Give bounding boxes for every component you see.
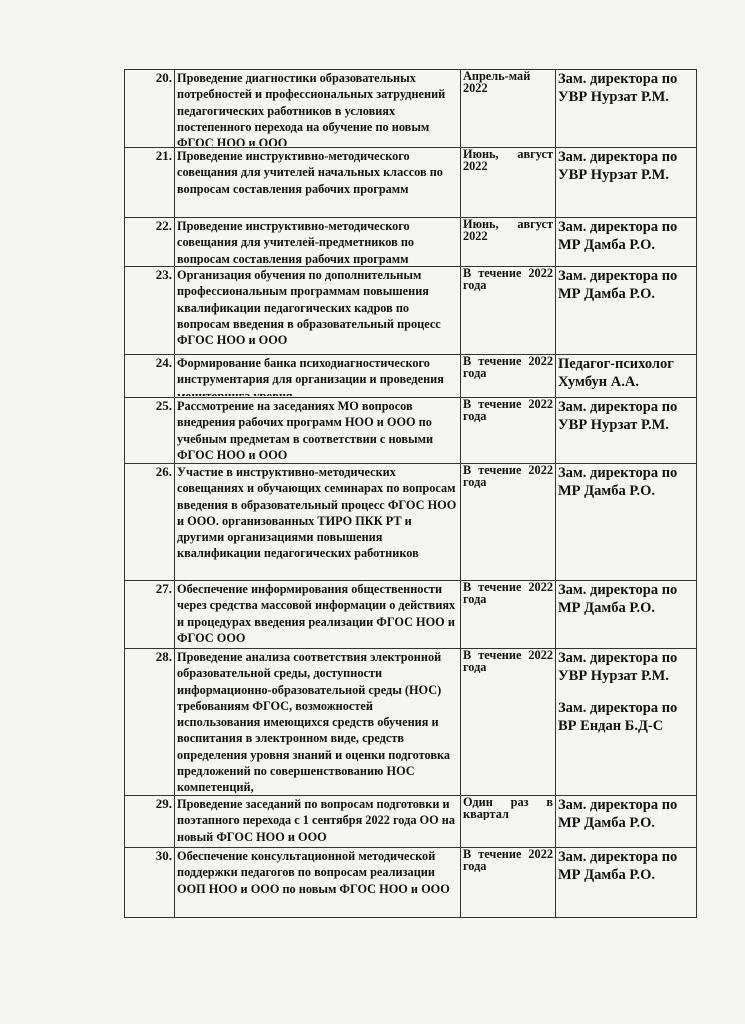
responsible-person: Зам. директора по ВР Ендан Б.Д-С — [558, 699, 694, 735]
period-cell: В течение 2022 года — [461, 355, 556, 398]
responsible-list: Зам. директора по МР Дамба Р.О. — [558, 581, 694, 617]
row-number: 28. — [127, 649, 172, 665]
period-cell: Июнь, август 2022 — [461, 218, 556, 267]
activity-cell: Рассмотрение на заседаниях МО вопросов в… — [175, 398, 461, 464]
activity-text: Проведение инструктивно-методического со… — [177, 218, 458, 265]
responsible-list: Зам. директора по МР Дамба Р.О. — [558, 848, 694, 884]
activity-plan-table: 20. Проведение диагностики образовательн… — [124, 69, 697, 918]
row-number: 20. — [127, 70, 172, 86]
period-line-2: года — [463, 410, 553, 422]
activity-text: Проведение диагностики образовательных п… — [177, 70, 458, 146]
period-line-2: 2022 — [463, 230, 553, 242]
responsible-person: Зам. директора по УВР Нурзат Р.М. — [558, 398, 694, 434]
activity-text: Обеспечение информирования общественност… — [177, 581, 458, 646]
responsible-person: Зам. директора по УВР Нурзат Р.М. — [558, 70, 694, 106]
responsible-cell: Зам. директора по УВР Нурзат Р.М.Зам. ди… — [556, 649, 697, 796]
table-row: 26. Участие в инструктивно-методических … — [125, 464, 697, 581]
period-line-2: года — [463, 367, 553, 379]
responsible-person: Зам. директора по МР Дамба Р.О. — [558, 218, 694, 254]
period-cell: В течение 2022 года — [461, 267, 556, 355]
responsible-cell: Зам. директора по МР Дамба Р.О. — [556, 796, 697, 848]
activity-cell: Формирование банка психодиагностического… — [175, 355, 461, 398]
row-number-cell: 22. — [125, 218, 175, 267]
responsible-cell: Зам. директора по УВР Нурзат Р.М. — [556, 148, 697, 218]
row-number: 25. — [127, 398, 172, 414]
period-cell: В течение 2022 года — [461, 581, 556, 649]
responsible-cell: Зам. директора по МР Дамба Р.О. — [556, 581, 697, 649]
row-number: 29. — [127, 796, 172, 812]
responsible-cell: Зам. директора по УВР Нурзат Р.М. — [556, 398, 697, 464]
table-row: 20. Проведение диагностики образовательн… — [125, 70, 697, 148]
table-row: 28. Проведение анализа соответствия элек… — [125, 649, 697, 796]
row-number: 24. — [127, 355, 172, 371]
activity-text: Формирование банка психодиагностического… — [177, 355, 458, 396]
responsible-cell: Зам. директора по МР Дамба Р.О. — [556, 267, 697, 355]
responsible-person: Зам. директора по МР Дамба Р.О. — [558, 848, 694, 884]
period-line-2: года — [463, 860, 553, 872]
activity-cell: Обеспечение информирования общественност… — [175, 581, 461, 649]
row-number-cell: 27. — [125, 581, 175, 649]
responsible-list: Зам. директора по УВР Нурзат Р.М. — [558, 148, 694, 184]
table-row: 24. Формирование банка психодиагностичес… — [125, 355, 697, 398]
table-row: 27. Обеспечение информирования обществен… — [125, 581, 697, 649]
activity-text: Проведение инструктивно-методического со… — [177, 148, 458, 197]
row-number-cell: 26. — [125, 464, 175, 581]
row-number: 21. — [127, 148, 172, 164]
table-row: 29. Проведение заседаний по вопросам под… — [125, 796, 697, 848]
row-number: 22. — [127, 218, 172, 234]
row-number-cell: 21. — [125, 148, 175, 218]
responsible-list: Педагог-психолог Хумбун А.А. — [558, 355, 694, 391]
responsible-person: Зам. директора по МР Дамба Р.О. — [558, 796, 694, 832]
activity-cell: Проведение заседаний по вопросам подгото… — [175, 796, 461, 848]
responsible-person: Зам. директора по УВР Нурзат Р.М. — [558, 649, 694, 685]
responsible-cell: Зам. директора по УВР Нурзат Р.М. — [556, 70, 697, 148]
responsible-cell: Педагог-психолог Хумбун А.А. — [556, 355, 697, 398]
responsible-person: Педагог-психолог Хумбун А.А. — [558, 355, 694, 391]
activity-cell: Обеспечение консультационной методическо… — [175, 848, 461, 918]
responsible-cell: Зам. директора по МР Дамба Р.О. — [556, 464, 697, 581]
responsible-person: Зам. директора по МР Дамба Р.О. — [558, 267, 694, 303]
period-line-2: года — [463, 279, 553, 291]
activity-text: Проведение анализа соответствия электрон… — [177, 649, 458, 794]
activity-text: Организация обучения по дополнительным п… — [177, 267, 458, 348]
period-cell: Апрель-май 2022 — [461, 70, 556, 148]
responsible-list: Зам. директора по УВР Нурзат Р.М. — [558, 70, 694, 106]
period-line-2: квартал — [463, 808, 553, 820]
activity-cell: Организация обучения по дополнительным п… — [175, 267, 461, 355]
table-row: 21. Проведение инструктивно-методическог… — [125, 148, 697, 218]
responsible-cell: Зам. директора по МР Дамба Р.О. — [556, 848, 697, 918]
period-cell: В течение 2022 года — [461, 848, 556, 918]
row-number-cell: 23. — [125, 267, 175, 355]
period-cell: Июнь, август 2022 — [461, 148, 556, 218]
activity-text: Проведение заседаний по вопросам подгото… — [177, 796, 458, 845]
row-number-cell: 24. — [125, 355, 175, 398]
activity-text: Обеспечение консультационной методическо… — [177, 848, 458, 897]
row-number-cell: 29. — [125, 796, 175, 848]
row-number-cell: 20. — [125, 70, 175, 148]
responsible-cell: Зам. директора по МР Дамба Р.О. — [556, 218, 697, 267]
period-line-2: 2022 — [463, 82, 553, 94]
table-row: 30. Обеспечение консультационной методич… — [125, 848, 697, 918]
responsible-person: Зам. директора по МР Дамба Р.О. — [558, 581, 694, 617]
row-number-cell: 28. — [125, 649, 175, 796]
period-line-2: 2022 — [463, 160, 553, 172]
row-number: 30. — [127, 848, 172, 864]
activity-cell: Проведение инструктивно-методического со… — [175, 218, 461, 267]
period-cell: Один раз в квартал — [461, 796, 556, 848]
activity-cell: Участие в инструктивно-методических сове… — [175, 464, 461, 581]
activity-text: Участие в инструктивно-методических сове… — [177, 464, 458, 562]
responsible-list: Зам. директора по МР Дамба Р.О. — [558, 267, 694, 303]
period-cell: В течение 2022 года — [461, 464, 556, 581]
row-number: 23. — [127, 267, 172, 283]
responsible-list: Зам. директора по УВР Нурзат Р.М.Зам. ди… — [558, 649, 694, 735]
period-cell: В течение 2022 года — [461, 398, 556, 464]
row-number-cell: 25. — [125, 398, 175, 464]
responsible-list: Зам. директора по МР Дамба Р.О. — [558, 796, 694, 832]
period-line-2: года — [463, 476, 553, 488]
scanned-page: 20. Проведение диагностики образовательн… — [0, 0, 745, 1024]
table-row: 22. Проведение инструктивно-методическог… — [125, 218, 697, 267]
table-row: 23. Организация обучения по дополнительн… — [125, 267, 697, 355]
row-number-cell: 30. — [125, 848, 175, 918]
responsible-list: Зам. директора по МР Дамба Р.О. — [558, 218, 694, 254]
responsible-person: Зам. директора по УВР Нурзат Р.М. — [558, 148, 694, 184]
responsible-list: Зам. директора по УВР Нурзат Р.М. — [558, 398, 694, 434]
table-row: 25. Рассмотрение на заседаниях МО вопрос… — [125, 398, 697, 464]
row-number: 26. — [127, 464, 172, 480]
activity-cell: Проведение инструктивно-методического со… — [175, 148, 461, 218]
activity-text: Рассмотрение на заседаниях МО вопросов в… — [177, 398, 458, 462]
activity-cell: Проведение анализа соответствия электрон… — [175, 649, 461, 796]
responsible-person: Зам. директора по МР Дамба Р.О. — [558, 464, 694, 500]
row-number: 27. — [127, 581, 172, 597]
activity-cell: Проведение диагностики образовательных п… — [175, 70, 461, 148]
period-line-2: года — [463, 593, 553, 605]
responsible-list: Зам. директора по МР Дамба Р.О. — [558, 464, 694, 500]
period-cell: В течение 2022 года — [461, 649, 556, 796]
period-line-2: года — [463, 661, 553, 673]
